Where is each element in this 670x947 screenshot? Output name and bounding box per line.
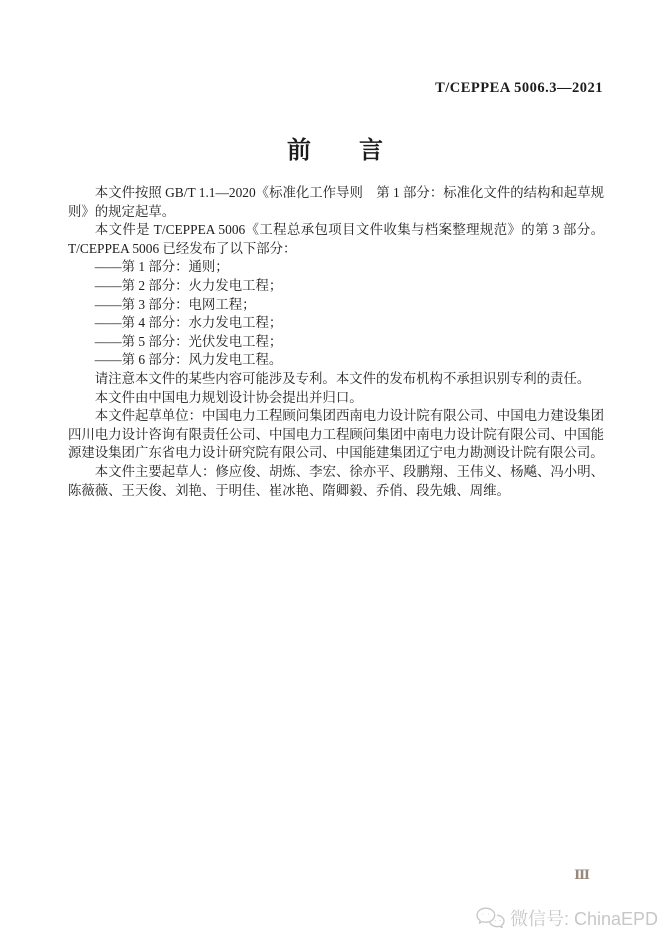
list-item-part-4: ——第 4 部分：水力发电工程； xyxy=(68,314,604,333)
watermark-label: 微信号: ChinaEPD xyxy=(510,905,658,931)
paragraph-patent-notice: 请注意本文件的某些内容可能涉及专利。本文件的发布机构不承担识别专利的责任。 xyxy=(68,370,604,389)
list-item-part-3: ——第 3 部分：电网工程； xyxy=(68,296,604,315)
document-page: T/CEPPEA 5006.3—2021 前 言 本文件按照 GB/T 1.1—… xyxy=(0,0,670,947)
paragraph-proposing-body: 本文件由中国电力规划设计协会提出并归口。 xyxy=(68,389,604,408)
page-title: 前 言 xyxy=(0,130,670,165)
wechat-watermark: 微信号: ChinaEPD xyxy=(475,905,658,931)
list-item-part-6: ——第 6 部分：风力发电工程。 xyxy=(68,351,604,370)
paragraph-main-drafters: 本文件主要起草人：修应俊、胡炼、李宏、徐亦平、段鹏翔、王伟义、杨飚、冯小明、陈薇… xyxy=(68,463,604,500)
paragraph-drafting-organizations: 本文件起草单位：中国电力工程顾问集团西南电力设计院有限公司、中国电力建设集团四川… xyxy=(68,407,604,463)
wechat-icon xyxy=(475,905,505,931)
standard-number: T/CEPPEA 5006.3—2021 xyxy=(435,80,603,97)
paragraph-drafting-rules: 本文件按照 GB/T 1.1—2020《标准化工作导则 第 1 部分：标准化文件… xyxy=(68,184,604,221)
paragraph-series-intro: 本文件是 T/CEPPEA 5006《工程总承包项目文件收集与档案整理规范》的第… xyxy=(68,221,604,258)
list-item-part-2: ——第 2 部分：火力发电工程； xyxy=(68,277,604,296)
page-number: Ⅲ xyxy=(574,867,590,883)
list-item-part-1: ——第 1 部分：通则； xyxy=(68,258,604,277)
foreword-body: 本文件按照 GB/T 1.1—2020《标准化工作导则 第 1 部分：标准化文件… xyxy=(68,184,604,500)
list-item-part-5: ——第 5 部分：光伏发电工程； xyxy=(68,333,604,352)
